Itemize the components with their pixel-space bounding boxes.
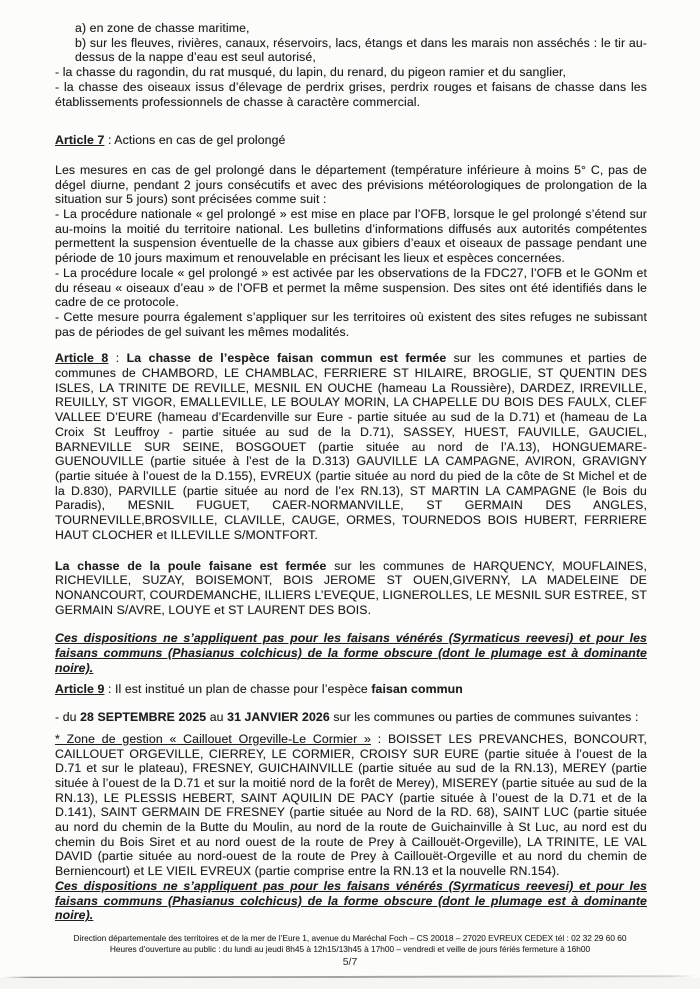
date-end: 31 JANVIER 2026 <box>227 710 330 724</box>
zone-gestion-colon: : <box>371 732 388 746</box>
article8-bold-intro: La chasse de l’espèce faisan commun est … <box>127 351 447 365</box>
article8-colon: : <box>108 351 126 365</box>
footer-address-line: Direction départementale des territoires… <box>0 933 700 944</box>
document-page: a) en zone de chasse maritime, b) sur le… <box>0 0 700 989</box>
scan-bottom-margin <box>0 978 700 989</box>
disposition-note-2: Ces dispositions ne s’appliquent pas pou… <box>55 879 647 923</box>
poule-faisane-bold: La chasse de la poule faisane est fermée <box>55 559 326 573</box>
article9-date-line: - du 28 SEPTEMBRE 2025 au 31 JANVIER 202… <box>55 710 647 725</box>
article7-body: Les mesures en cas de gel prolongé dans … <box>55 163 647 339</box>
article9-heading: Article 9 : Il est institué un plan de c… <box>55 682 647 697</box>
article9-title: : Il est institué un plan de chasse pour… <box>104 682 371 696</box>
footer-hours-line: Heures d’ouverture au public : du lundi … <box>0 944 700 955</box>
poule-faisane-paragraph: La chasse de la poule faisane est fermée… <box>55 559 647 618</box>
article8-paragraph: Article 8 : La chasse de l’espèce faisan… <box>55 351 647 542</box>
intro-list: a) en zone de chasse maritime, b) sur le… <box>55 21 647 109</box>
page-number: 5/7 <box>0 956 700 968</box>
list-item-oiseaux-elevage: - la chasse des oiseaux issus d’élevage … <box>55 80 647 109</box>
date-start: 28 SEPTEMBRE 2025 <box>80 710 206 724</box>
date-mid: au <box>206 710 227 724</box>
date-prefix: - du <box>55 710 80 724</box>
article8-label: Article 8 <box>55 351 108 365</box>
document-body: a) en zone de chasse maritime, b) sur le… <box>55 21 647 923</box>
article7-bullet-sites-refuges: - Cette mesure pourra également s’appliq… <box>55 310 647 339</box>
article7-label: Article 7 <box>55 133 104 147</box>
zone-gestion-communes: BOISSET LES PREVANCHES, BONCOURT, CAILLO… <box>55 732 647 878</box>
disposition-note-1: Ces dispositions ne s’appliquent pas pou… <box>55 631 647 675</box>
list-item-fleuves: b) sur les fleuves, rivières, canaux, ré… <box>75 36 647 65</box>
article9-species-bold: faisan commun <box>371 682 463 696</box>
article7-intro: Les mesures en cas de gel prolongé dans … <box>55 163 647 207</box>
article7-heading: Article 7 : Actions en cas de gel prolon… <box>55 133 647 148</box>
list-item-zone-maritime: a) en zone de chasse maritime, <box>75 21 647 36</box>
article8-communes-list: sur les communes et parties de communes … <box>55 351 647 541</box>
date-suffix: sur les communes ou parties de communes … <box>330 710 639 724</box>
article9-label: Article 9 <box>55 682 104 696</box>
zone-gestion-label: * Zone de gestion « Caillouet Orgeville-… <box>55 732 371 746</box>
list-item-ragondin: - la chasse du ragondin, du rat musqué, … <box>55 65 647 80</box>
zone-gestion-paragraph: * Zone de gestion « Caillouet Orgeville-… <box>55 732 647 879</box>
article7-bullet-procedure-nationale: - La procédure nationale « gel prolongé … <box>55 207 647 266</box>
article7-title: : Actions en cas de gel prolongé <box>104 133 285 147</box>
page-footer: Direction départementale des territoires… <box>0 933 700 954</box>
article7-bullet-procedure-locale: - La procédure locale « gel prolongé » e… <box>55 266 647 310</box>
